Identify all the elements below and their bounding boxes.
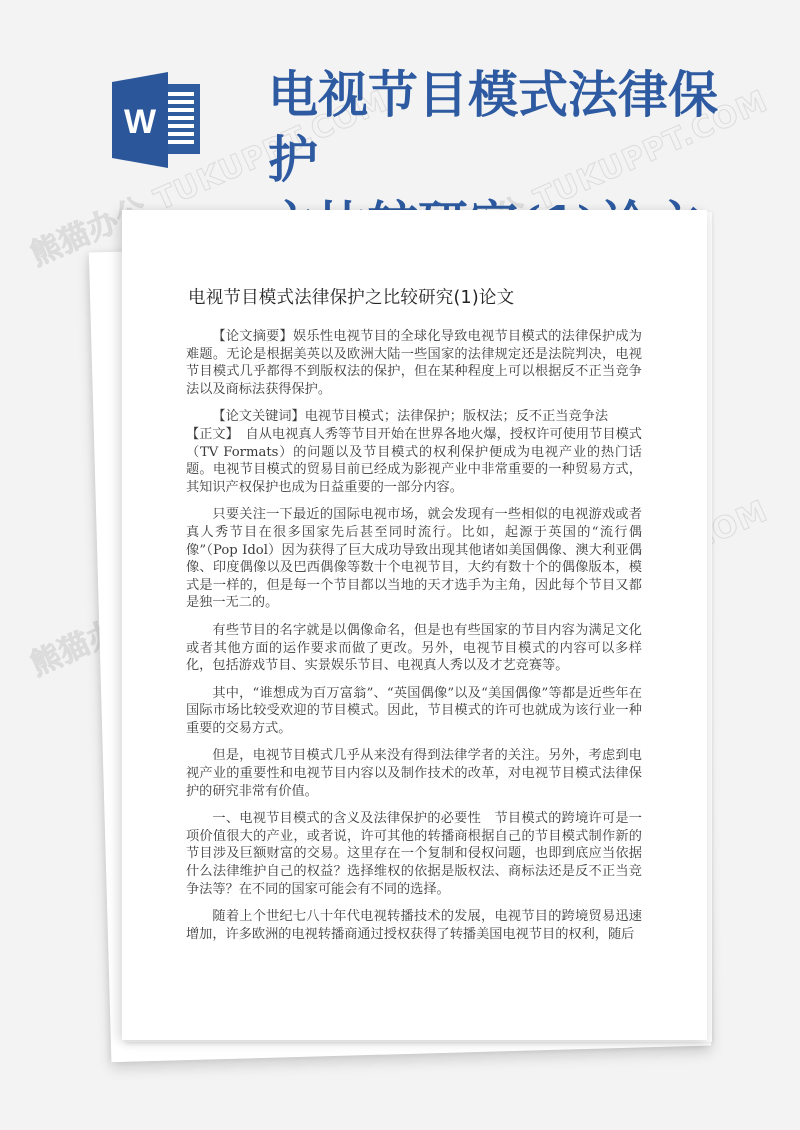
document-title: 电视节目模式法律保护之比较研究(1)论文 [188, 286, 658, 310]
abstract-paragraph: 【论文摘要】娱乐性电视节目的全球化导致电视节目模式的法律保护成为难题。无论是根据… [186, 328, 642, 398]
body-paragraph: 只要关注一下最近的国际电视市场，就会发现有一些相似的电视游戏或者真人秀节目在很多… [186, 506, 642, 612]
body-paragraph: 随着上个世纪七八十年代电视转播技术的发展，电视节目的跨境贸易迅速增加，许多欧洲的… [186, 908, 642, 943]
section-one-paragraph: 一、电视节目模式的含义及法律保护的必要性 节目模式的跨境许可是一项价值很大的产业… [186, 810, 642, 898]
body-paragraph: 但是，电视节目模式几乎从来没有得到法律学者的关注。另外，考虑到电视产业的重要性和… [186, 747, 642, 800]
document-page: 电视节目模式法律保护之比较研究(1)论文 【论文摘要】娱乐性电视节目的全球化导致… [122, 210, 707, 1040]
cover-title-line1: 电视节目模式法律保护 [268, 62, 748, 192]
word-icon: W [110, 70, 210, 170]
body-paragraph: 有些节目的名字就是以偶像命名，但是也有些国家的节目内容为满足文化或者其他方面的运… [186, 622, 642, 675]
keywords-paragraph: 【论文关键词】电视节目模式；法律保护；版权法；反不正当竞争法 [186, 408, 642, 426]
document-preview: 熊猫办公 TUKUPPT.COM 熊猫办公 TUKUPPT.COM 熊猫办公 T… [0, 0, 800, 1130]
svg-text:W: W [124, 103, 157, 141]
document-body: 【论文摘要】娱乐性电视节目的全球化导致电视节目模式的法律保护成为难题。无论是根据… [186, 328, 642, 953]
body-paragraph: 其中，“谁想成为百万富翁”、“英国偶像”以及“美国偶像”等都是近些年在国际市场比… [186, 685, 642, 738]
body-intro-paragraph: 【正文】 自从电视真人秀等节目开始在世界各地火爆，授权许可使用节目模式（TV F… [186, 426, 642, 496]
